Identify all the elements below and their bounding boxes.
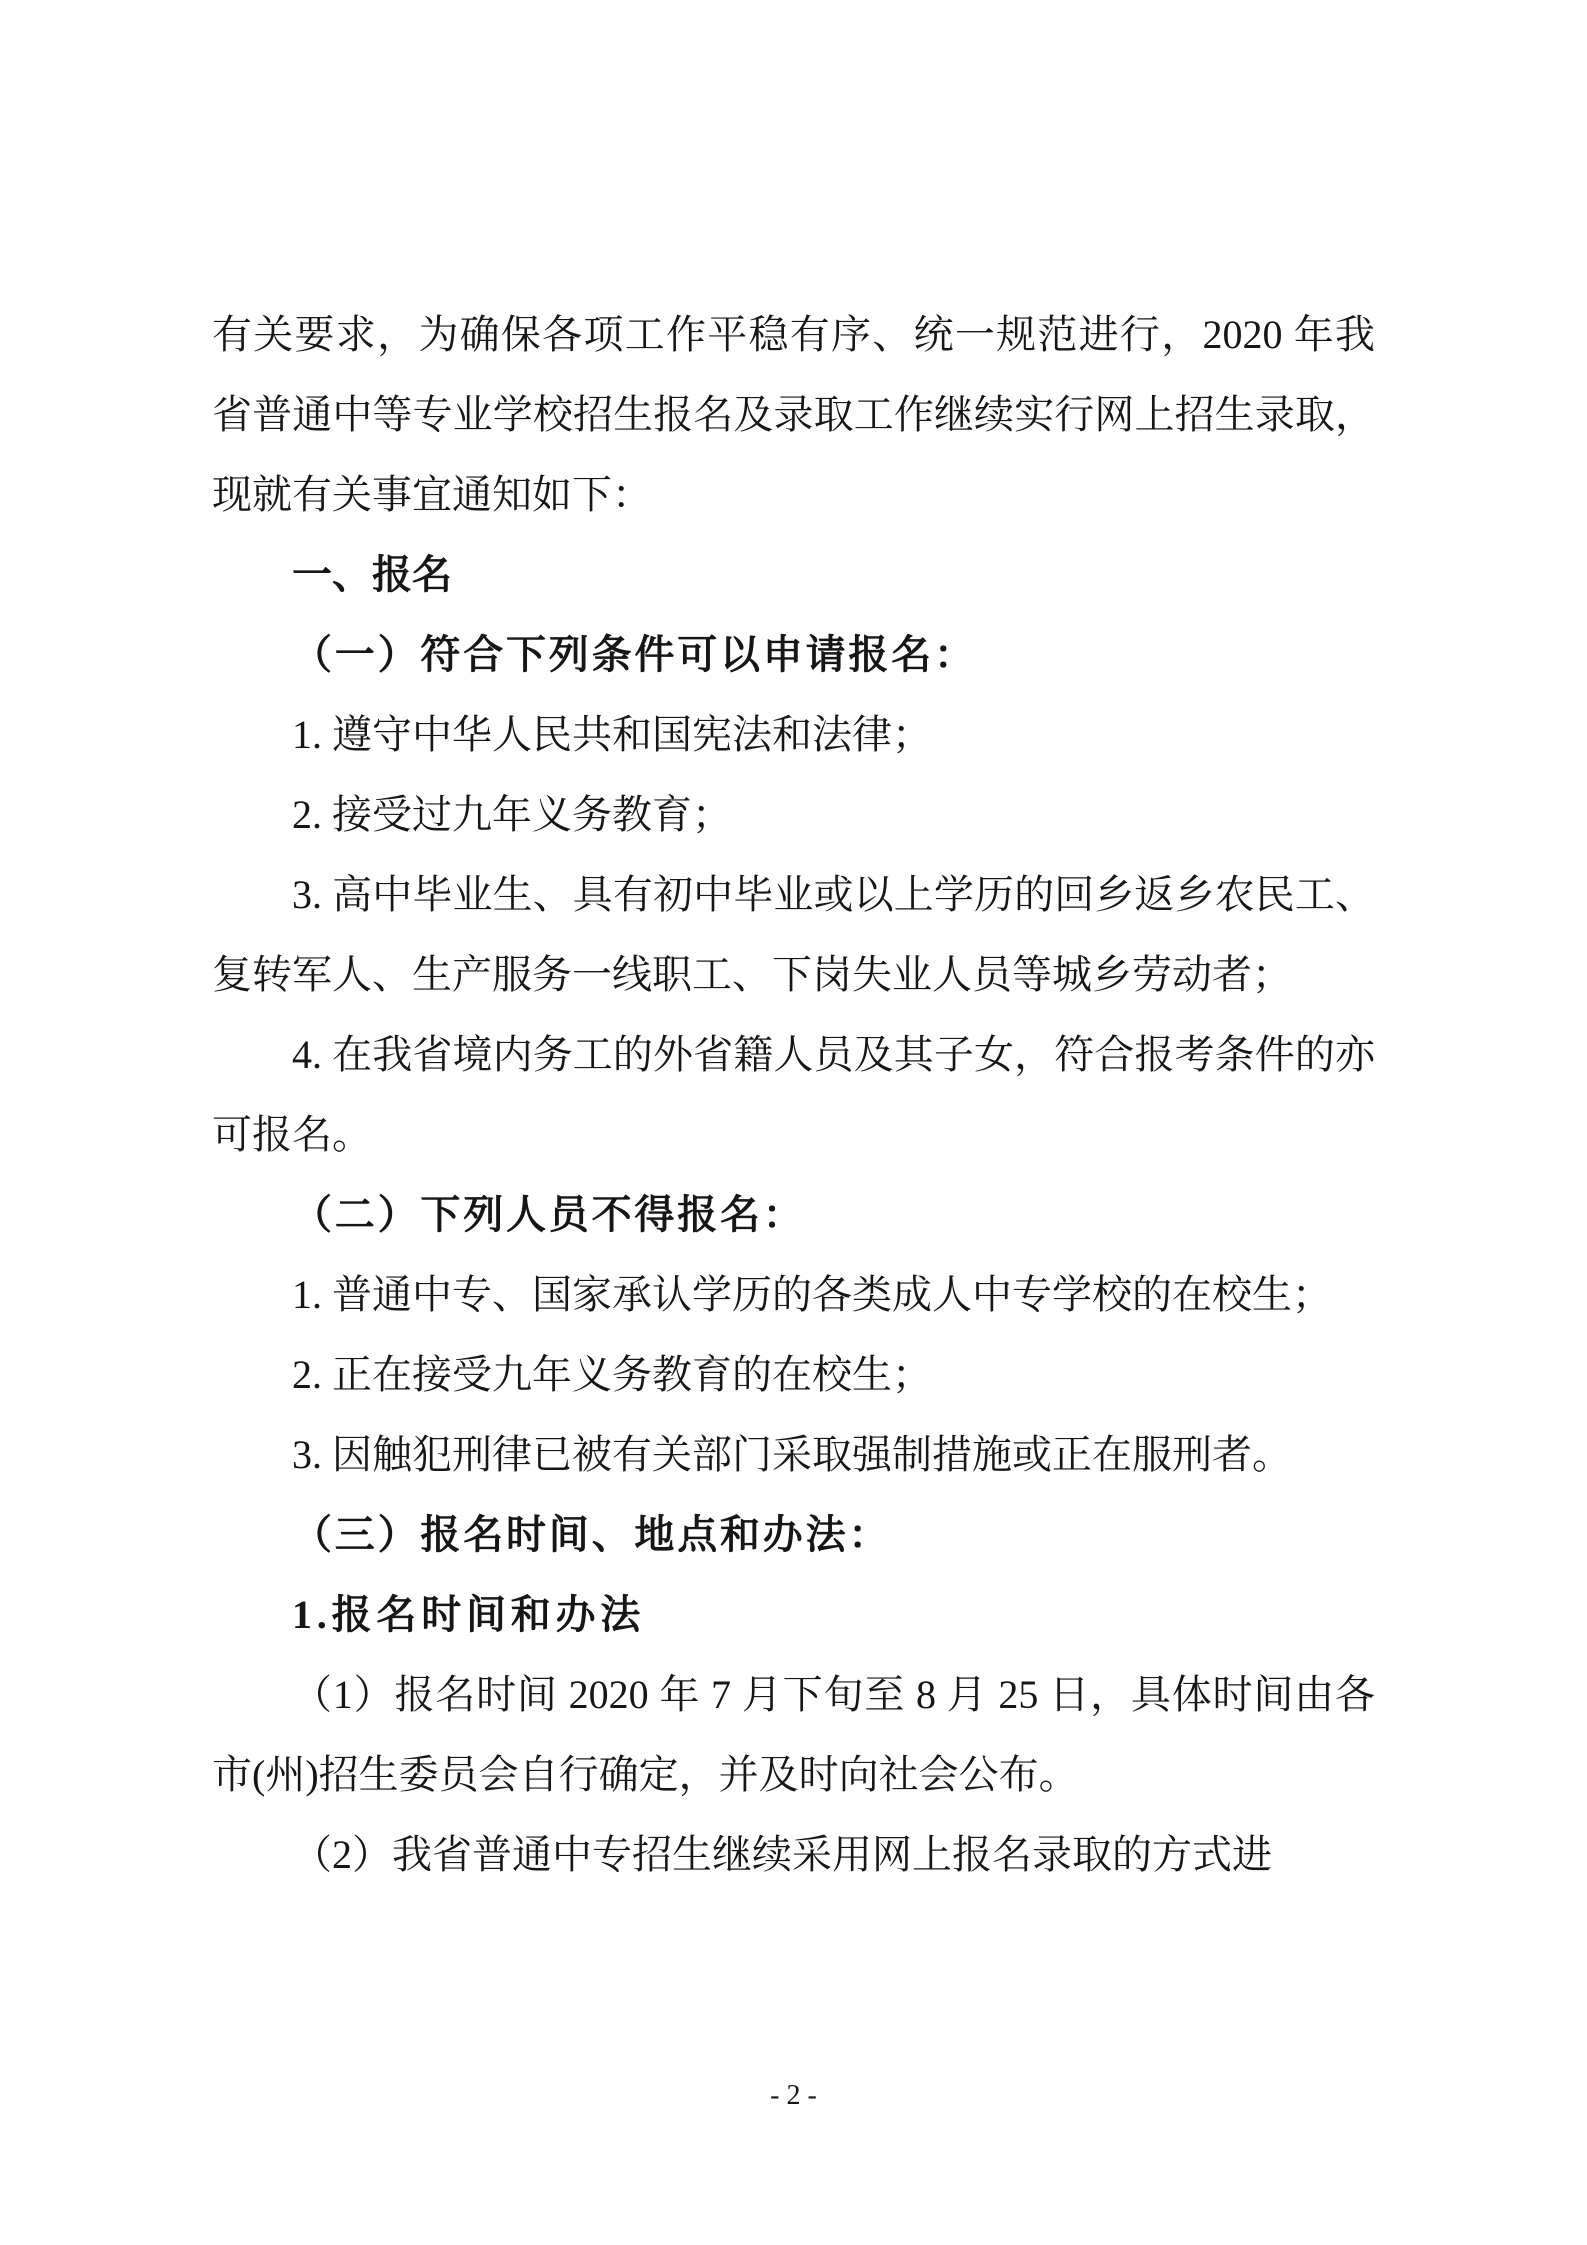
document-body: 有关要求，为确保各项工作平稳有序、统一规范进行，2020 年我省普通中等专业学校… xyxy=(212,295,1375,1895)
heading-section-1-baoming: 一、报名 xyxy=(212,535,1375,615)
list-item-notallowed-2: 2. 正在接受九年义务教育的在校生； xyxy=(212,1335,1375,1415)
list-item-notallowed-3: 3. 因触犯刑律已被有关部门采取强制措施或正在服刑者。 xyxy=(212,1415,1375,1495)
paragraph-online-registration: （2）我省普通中专招生继续采用网上报名录取的方式进 xyxy=(212,1815,1375,1895)
heading-sub-1-eligibility: （一）符合下列条件可以申请报名： xyxy=(212,615,1375,695)
list-item-notallowed-1: 1. 普通中专、国家承认学历的各类成人中专学校的在校生； xyxy=(212,1255,1375,1335)
heading-registration-time-method: 1.报名时间和办法 xyxy=(212,1575,1375,1655)
document-page: 有关要求，为确保各项工作平稳有序、统一规范进行，2020 年我省普通中等专业学校… xyxy=(0,0,1587,2245)
page-number: - 2 - xyxy=(770,2080,817,2111)
list-item-eligibility-3: 3. 高中毕业生、具有初中毕业或以上学历的回乡返乡农民工、复转军人、生产服务一线… xyxy=(212,855,1375,1015)
list-item-eligibility-2: 2. 接受过九年义务教育； xyxy=(212,775,1375,855)
page-footer: - 2 - xyxy=(0,2078,1587,2114)
paragraph-intro-continuation: 有关要求，为确保各项工作平稳有序、统一规范进行，2020 年我省普通中等专业学校… xyxy=(212,295,1375,535)
heading-sub-3-time-place-method: （三）报名时间、地点和办法： xyxy=(212,1495,1375,1575)
list-item-eligibility-4: 4. 在我省境内务工的外省籍人员及其子女，符合报考条件的亦可报名。 xyxy=(212,1015,1375,1175)
list-item-eligibility-1: 1. 遵守中华人民共和国宪法和法律； xyxy=(212,695,1375,775)
paragraph-registration-time: （1）报名时间 2020 年 7 月下旬至 8 月 25 日，具体时间由各市(州… xyxy=(212,1655,1375,1815)
heading-sub-2-not-allowed: （二）下列人员不得报名： xyxy=(212,1175,1375,1255)
